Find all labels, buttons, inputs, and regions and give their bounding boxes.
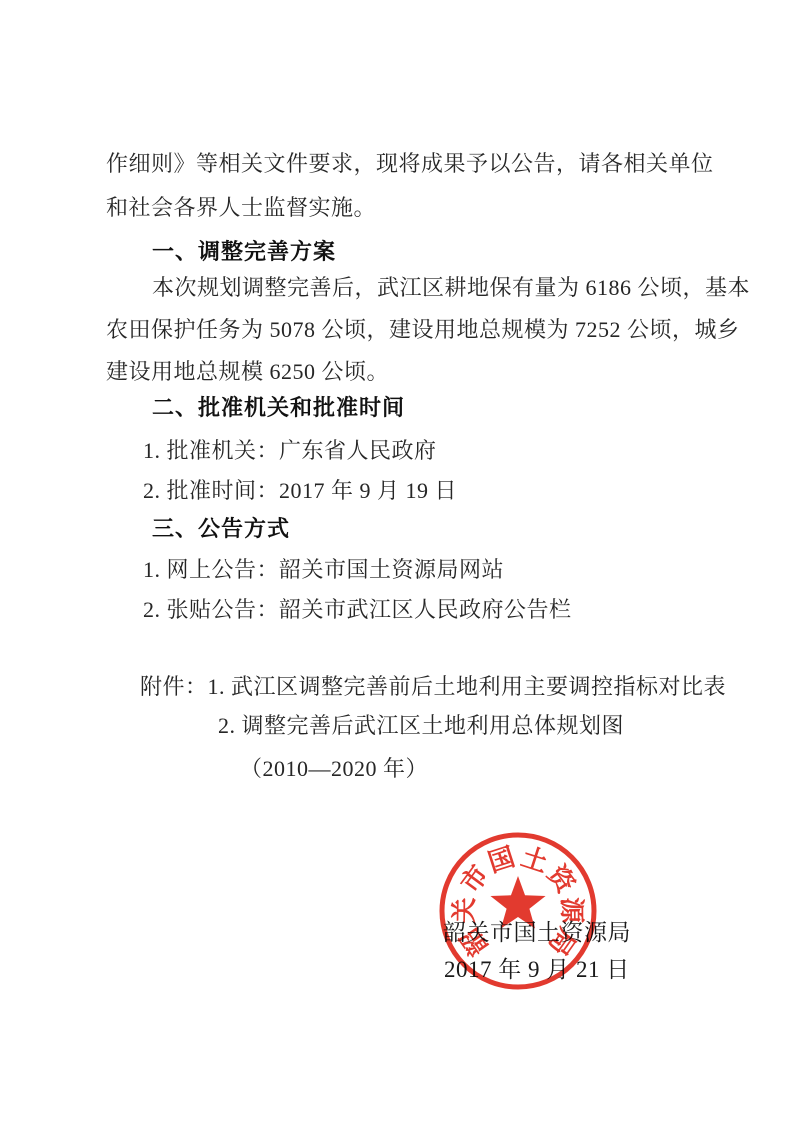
official-seal: 韶 关 市 国 土 资 源 局 [436,829,600,993]
attachments-line-2: 2. 调整完善后武江区土地利用总体规划图 [218,713,624,738]
attachments-line-1: 附件：1. 武江区调整完善前后土地利用主要调控指标对比表 [140,674,726,699]
seal-char: 源 [557,897,586,924]
intro-line-2: 和社会各界人士监督实施。 [106,195,376,220]
section-2-heading: 二、批准机关和批准时间 [152,395,405,420]
seal-char: 国 [485,842,519,878]
section-1-line-3: 建设用地总规模 6250 公顷。 [106,359,389,384]
section-3-item-1: 1. 网上公告：韶关市国土资源局网站 [143,557,504,582]
seal-char: 土 [518,842,552,878]
document-page: 作细则》等相关文件要求，现将成果予以公告，请各相关单位 和社会各界人士监督实施。… [0,0,800,1131]
section-1-line-1: 本次规划调整完善后，武江区耕地保有量为 6186 公顷，基本 [152,275,750,300]
seal-char: 韶 [454,923,493,962]
section-2-item-1: 1. 批准机关：广东省人民政府 [143,438,437,463]
intro-line-1: 作细则》等相关文件要求，现将成果予以公告，请各相关单位 [106,151,714,176]
seal-char: 市 [456,860,495,898]
section-1-line-2: 农田保护任务为 5078 公顷，建设用地总规模为 7252 公顷，城乡 [106,317,740,342]
section-3-item-2: 2. 张贴公告：韶关市武江区人民政府公告栏 [143,597,572,622]
section-2-item-2: 2. 批准时间：2017 年 9 月 19 日 [143,478,457,503]
star-icon [490,876,545,928]
attachments-line-3: （2010—2020 年） [240,756,428,781]
seal-char: 关 [450,897,479,923]
section-3-heading: 三、公告方式 [152,516,290,541]
seal-char: 局 [542,923,581,961]
section-1-heading: 一、调整完善方案 [152,239,336,264]
